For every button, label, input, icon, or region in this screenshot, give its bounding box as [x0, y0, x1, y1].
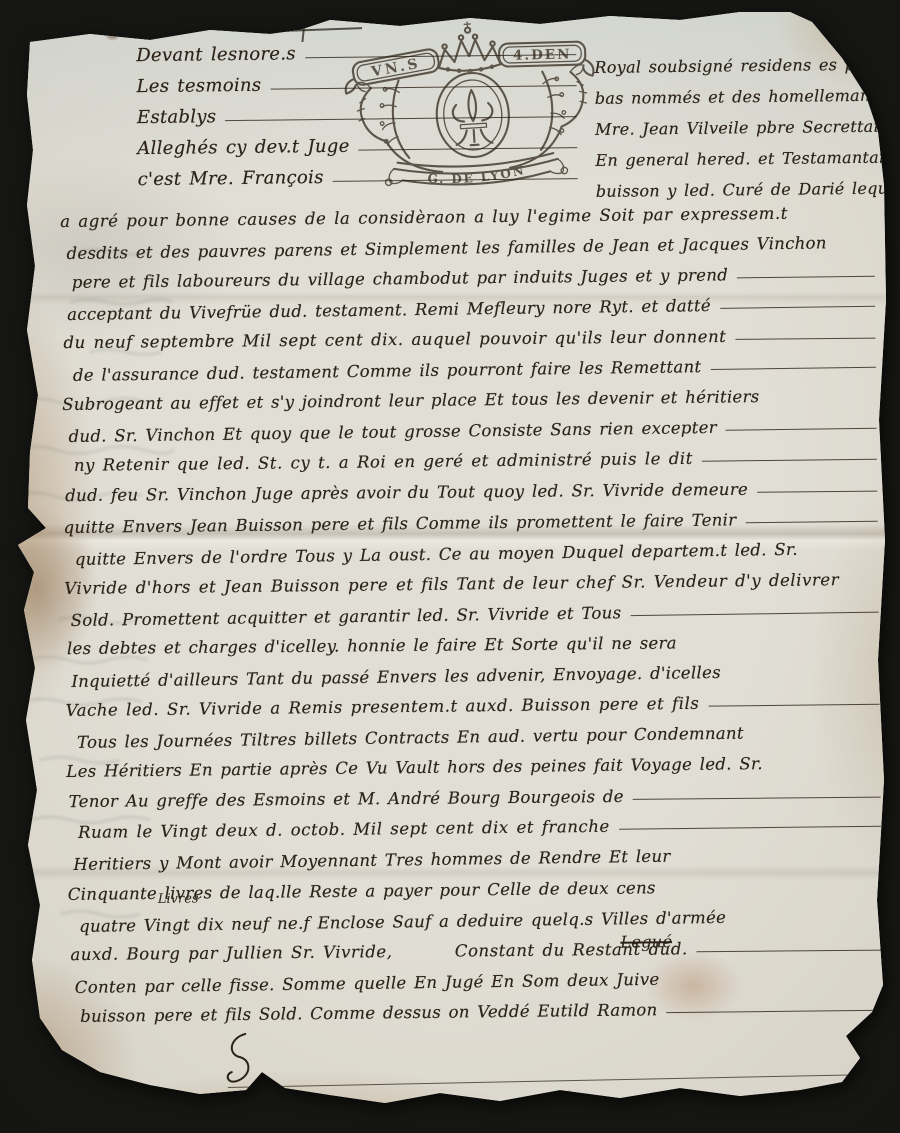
line-trail [667, 1010, 884, 1013]
manuscript-line: Devant lesnore.s [136, 30, 580, 66]
manuscript-line-text: Mre. Jean Vilveile pbre Secrettaire [595, 117, 897, 139]
header-left-column: Devant lesnore.s Les tesmoins Establys A… [136, 30, 582, 190]
line-trail [757, 491, 877, 493]
line-trail [305, 54, 576, 58]
manuscript-line-text: bas nommés et des homelleman [595, 86, 871, 108]
manuscript-line: Mre. Jean Vilveile pbre Secrettaire [595, 105, 889, 139]
manuscript-line: c'est Mre. François [137, 154, 581, 190]
line-trail [710, 366, 875, 369]
manuscript-line-text: buisson pere et fils Sold. Comme dessus … [80, 1000, 658, 1026]
line-trail [737, 276, 875, 279]
paper-shadow-wrap: VN.S 4.DEN G. DE LYON Devant lesnore.s L… [0, 0, 900, 1133]
handwritten-text-layer: Devant lesnore.s Les tesmoins Establys A… [0, 0, 900, 1133]
line-trail [225, 116, 577, 121]
line-trail [735, 338, 875, 340]
manuscript-line-text: En general hered. et Testamantaire [595, 147, 900, 169]
line-trail [633, 796, 881, 799]
struck-word: Legué [620, 932, 672, 952]
manuscript-line-text: Alleghés cy dev.t Juge [137, 136, 350, 159]
line-trail [619, 826, 881, 830]
manuscript-line: Establys [137, 92, 581, 128]
manuscript-line: Les tesmoins [136, 61, 580, 97]
manuscript-line: En general hered. et Testamantaire [595, 136, 889, 170]
manuscript-line-text: Les tesmoins [136, 75, 261, 97]
manuscript-line: Alleghés cy dev.t Juge [137, 123, 581, 159]
line-trail [720, 305, 875, 308]
manuscript-line: bas nommés et des homelleman [595, 74, 889, 108]
line-trail [333, 178, 578, 182]
header-right-column: Royal soubsigné residens es pais bas nom… [594, 43, 890, 201]
line-trail [726, 427, 877, 430]
manuscript-page: VN.S 4.DEN G. DE LYON Devant lesnore.s L… [0, 0, 900, 1133]
manuscript-line-text: Royal soubsigné residens es pais [594, 55, 879, 77]
line-trail [630, 611, 878, 615]
line-trail [359, 147, 578, 150]
manuscript-line: Royal soubsigné residens es pais [594, 43, 888, 77]
manuscript-line-text: Devant lesnore.s [136, 43, 296, 66]
manuscript-line-text: Establys [137, 106, 217, 128]
photograph-background: VN.S 4.DEN G. DE LYON Devant lesnore.s L… [0, 0, 900, 1133]
line-trail [697, 949, 883, 952]
manuscript-line-text: c'est Mre. François [138, 167, 324, 190]
closing-paraph-icon [219, 1028, 258, 1094]
pen-tick-mark [564, 1090, 571, 1102]
line-trail [745, 520, 877, 522]
line-trail [708, 704, 879, 707]
interlinear-insertion: Livres [158, 891, 199, 906]
closing-rule-line [228, 1074, 876, 1088]
line-trail [702, 459, 877, 462]
line-trail [270, 85, 576, 89]
